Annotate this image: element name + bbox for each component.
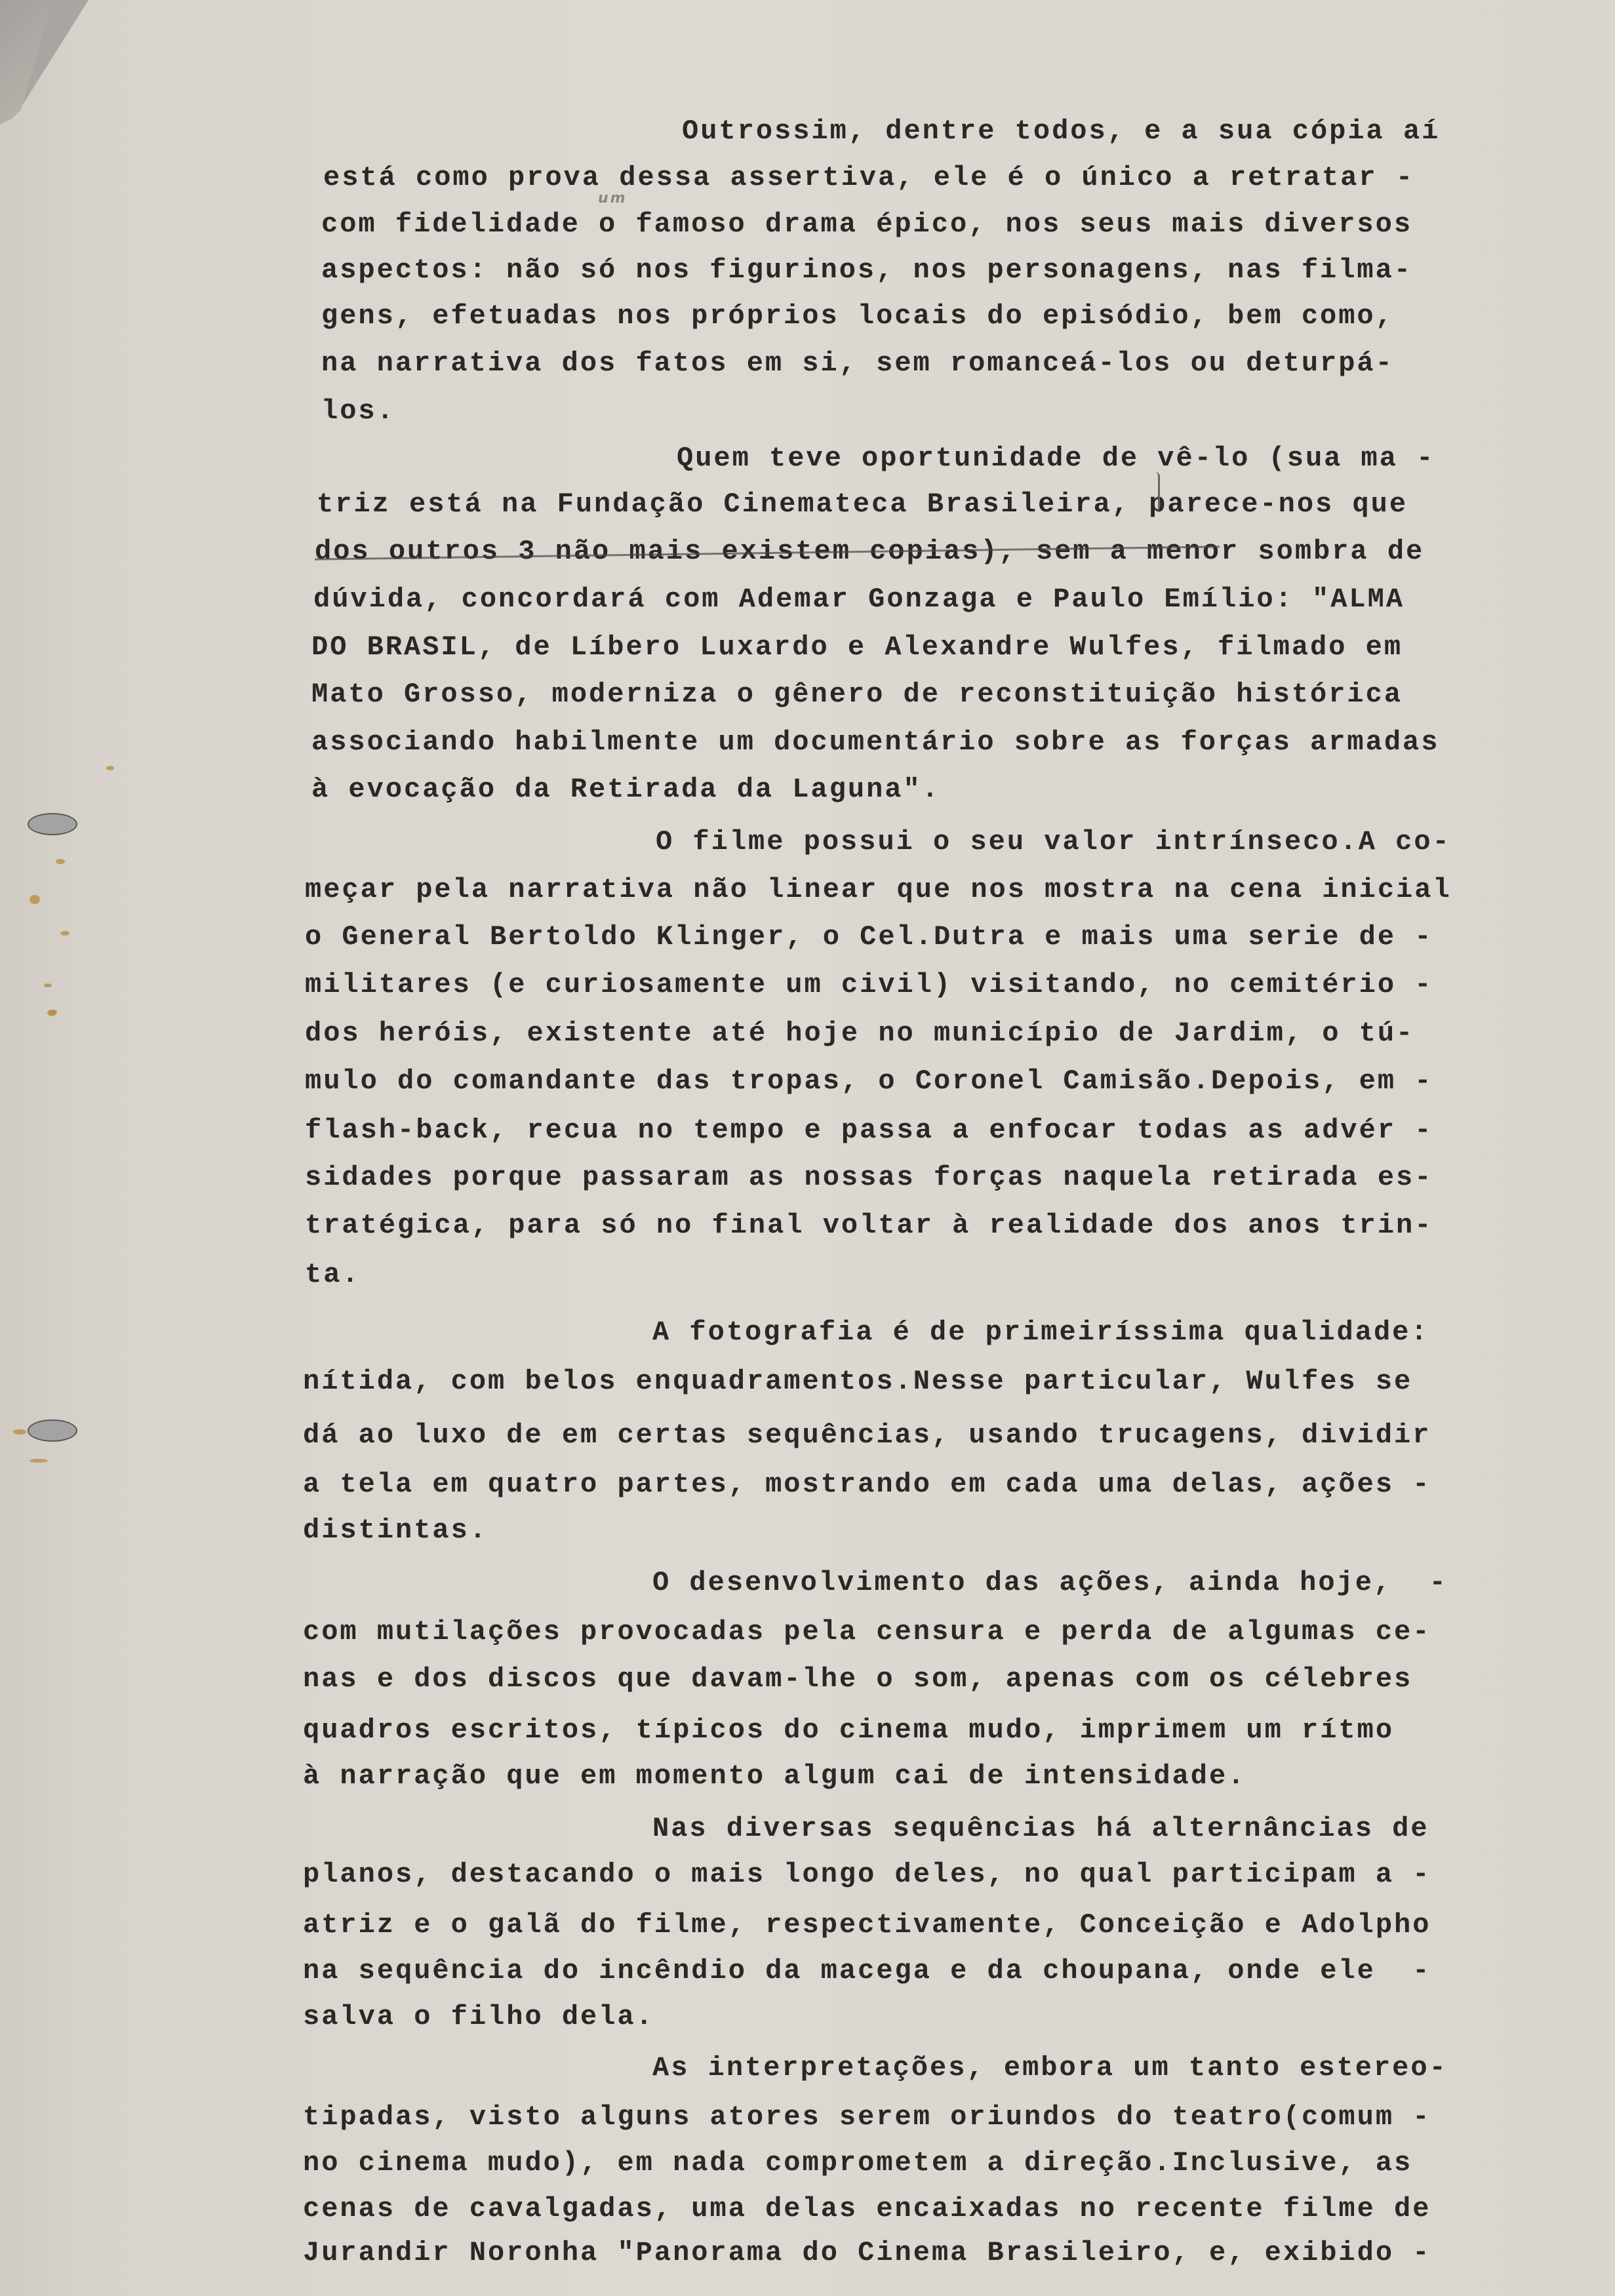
punch-hole-top xyxy=(28,813,77,835)
text-line: dá ao luxo de em certas sequências, usan… xyxy=(303,1419,1431,1451)
rust-spot xyxy=(13,1429,26,1435)
text-line: quadros escritos, típicos do cinema mudo… xyxy=(303,1714,1394,1746)
text-line: Outrossim, dentre todos, e a sua cópia a… xyxy=(682,115,1440,147)
text-line: à evocação da Retirada da Laguna". xyxy=(311,774,940,805)
rust-spot xyxy=(47,1010,56,1016)
text-line: na narrativa dos fatos em si, sem romanc… xyxy=(321,347,1394,379)
rust-spot xyxy=(30,1459,48,1463)
text-line: Nas diversas sequências há alternâncias … xyxy=(652,1813,1429,1844)
text-line: com fidelidade o famoso drama épico, nos… xyxy=(321,208,1412,240)
text-line: militares (e curiosamente um civil) visi… xyxy=(305,969,1433,1000)
text-line: A fotografia é de primeiríssima qualidad… xyxy=(652,1316,1429,1348)
text-line: ta. xyxy=(305,1259,361,1290)
text-line: cenas de cavalgadas, uma delas encaixada… xyxy=(303,2193,1431,2225)
text-line: gens, efetuadas nos próprios locais do e… xyxy=(321,300,1394,332)
text-line: salva o filho dela. xyxy=(303,2001,654,2032)
text-line: com mutilações provocadas pela censura e… xyxy=(303,1616,1431,1648)
text-line: As interpretações, embora um tanto ester… xyxy=(652,2052,1448,2084)
text-line: no cinema mudo), em nada comprometem a d… xyxy=(303,2147,1412,2179)
handwritten-bracket xyxy=(1155,472,1160,511)
text-line: sidades porque passaram as nossas forças… xyxy=(305,1162,1433,1193)
text-line: nas e dos discos que davam-lhe o som, ap… xyxy=(303,1663,1412,1695)
punch-hole-bottom xyxy=(28,1419,77,1442)
text-line: atriz e o galã do filme, respectivamente… xyxy=(303,1909,1431,1941)
text-line: Jurandir Noronha "Panorama do Cinema Bra… xyxy=(303,2237,1431,2268)
text-line: o General Bertoldo Klinger, o Cel.Dutra … xyxy=(305,921,1433,953)
paper-sheet xyxy=(0,0,1615,2296)
rust-spot xyxy=(60,931,70,936)
text-line: distintas. xyxy=(303,1514,488,1546)
text-line: dúvida, concordará com Ademar Gonzaga e … xyxy=(313,584,1405,615)
text-line: meçar pela narrativa não linear que nos … xyxy=(305,874,1452,905)
text-line: a tela em quatro partes, mostrando em ca… xyxy=(303,1469,1431,1500)
text-line: tipadas, visto alguns atores serem oriun… xyxy=(303,2101,1431,2133)
text-line: Mato Grosso, moderniza o gênero de recon… xyxy=(311,679,1403,710)
rust-spot xyxy=(106,766,114,770)
text-line: à narração que em momento algum cai de i… xyxy=(303,1760,1246,1792)
text-line: flash-back, recua no tempo e passa a enf… xyxy=(305,1115,1433,1146)
rust-spot xyxy=(44,983,52,987)
text-line: O desenvolvimento das ações, ainda hoje,… xyxy=(652,1567,1448,1598)
rust-spot xyxy=(56,859,65,864)
text-line: O filme possui o seu valor intrínseco.A … xyxy=(656,826,1451,858)
text-line: na sequência do incêndio da macega e da … xyxy=(303,1955,1431,1987)
text-line: associando habilmente um documentário so… xyxy=(311,726,1439,758)
text-line: DO BRASIL, de Líbero Luxardo e Alexandre… xyxy=(311,631,1403,663)
text-line: Quem teve oportunidade de vê-lo (sua ma … xyxy=(677,443,1435,474)
text-line: nítida, com belos enquadramentos.Nesse p… xyxy=(303,1366,1412,1397)
text-line: planos, destacando o mais longo deles, n… xyxy=(303,1859,1431,1890)
text-line: los. xyxy=(321,395,395,427)
rust-spot xyxy=(30,895,40,904)
text-line: dos heróis, existente até hoje no municí… xyxy=(305,1018,1414,1049)
text-line: está como prova dessa assertiva, ele é o… xyxy=(323,162,1414,193)
handwritten-annotation: um xyxy=(598,190,628,207)
text-line: tratégica, para só no final voltar à rea… xyxy=(305,1210,1433,1241)
text-line: mulo do comandante das tropas, o Coronel… xyxy=(305,1065,1433,1097)
text-line: triz está na Fundação Cinemateca Brasile… xyxy=(317,488,1408,520)
text-line: aspectos: não só nos figurinos, nos pers… xyxy=(321,254,1412,286)
